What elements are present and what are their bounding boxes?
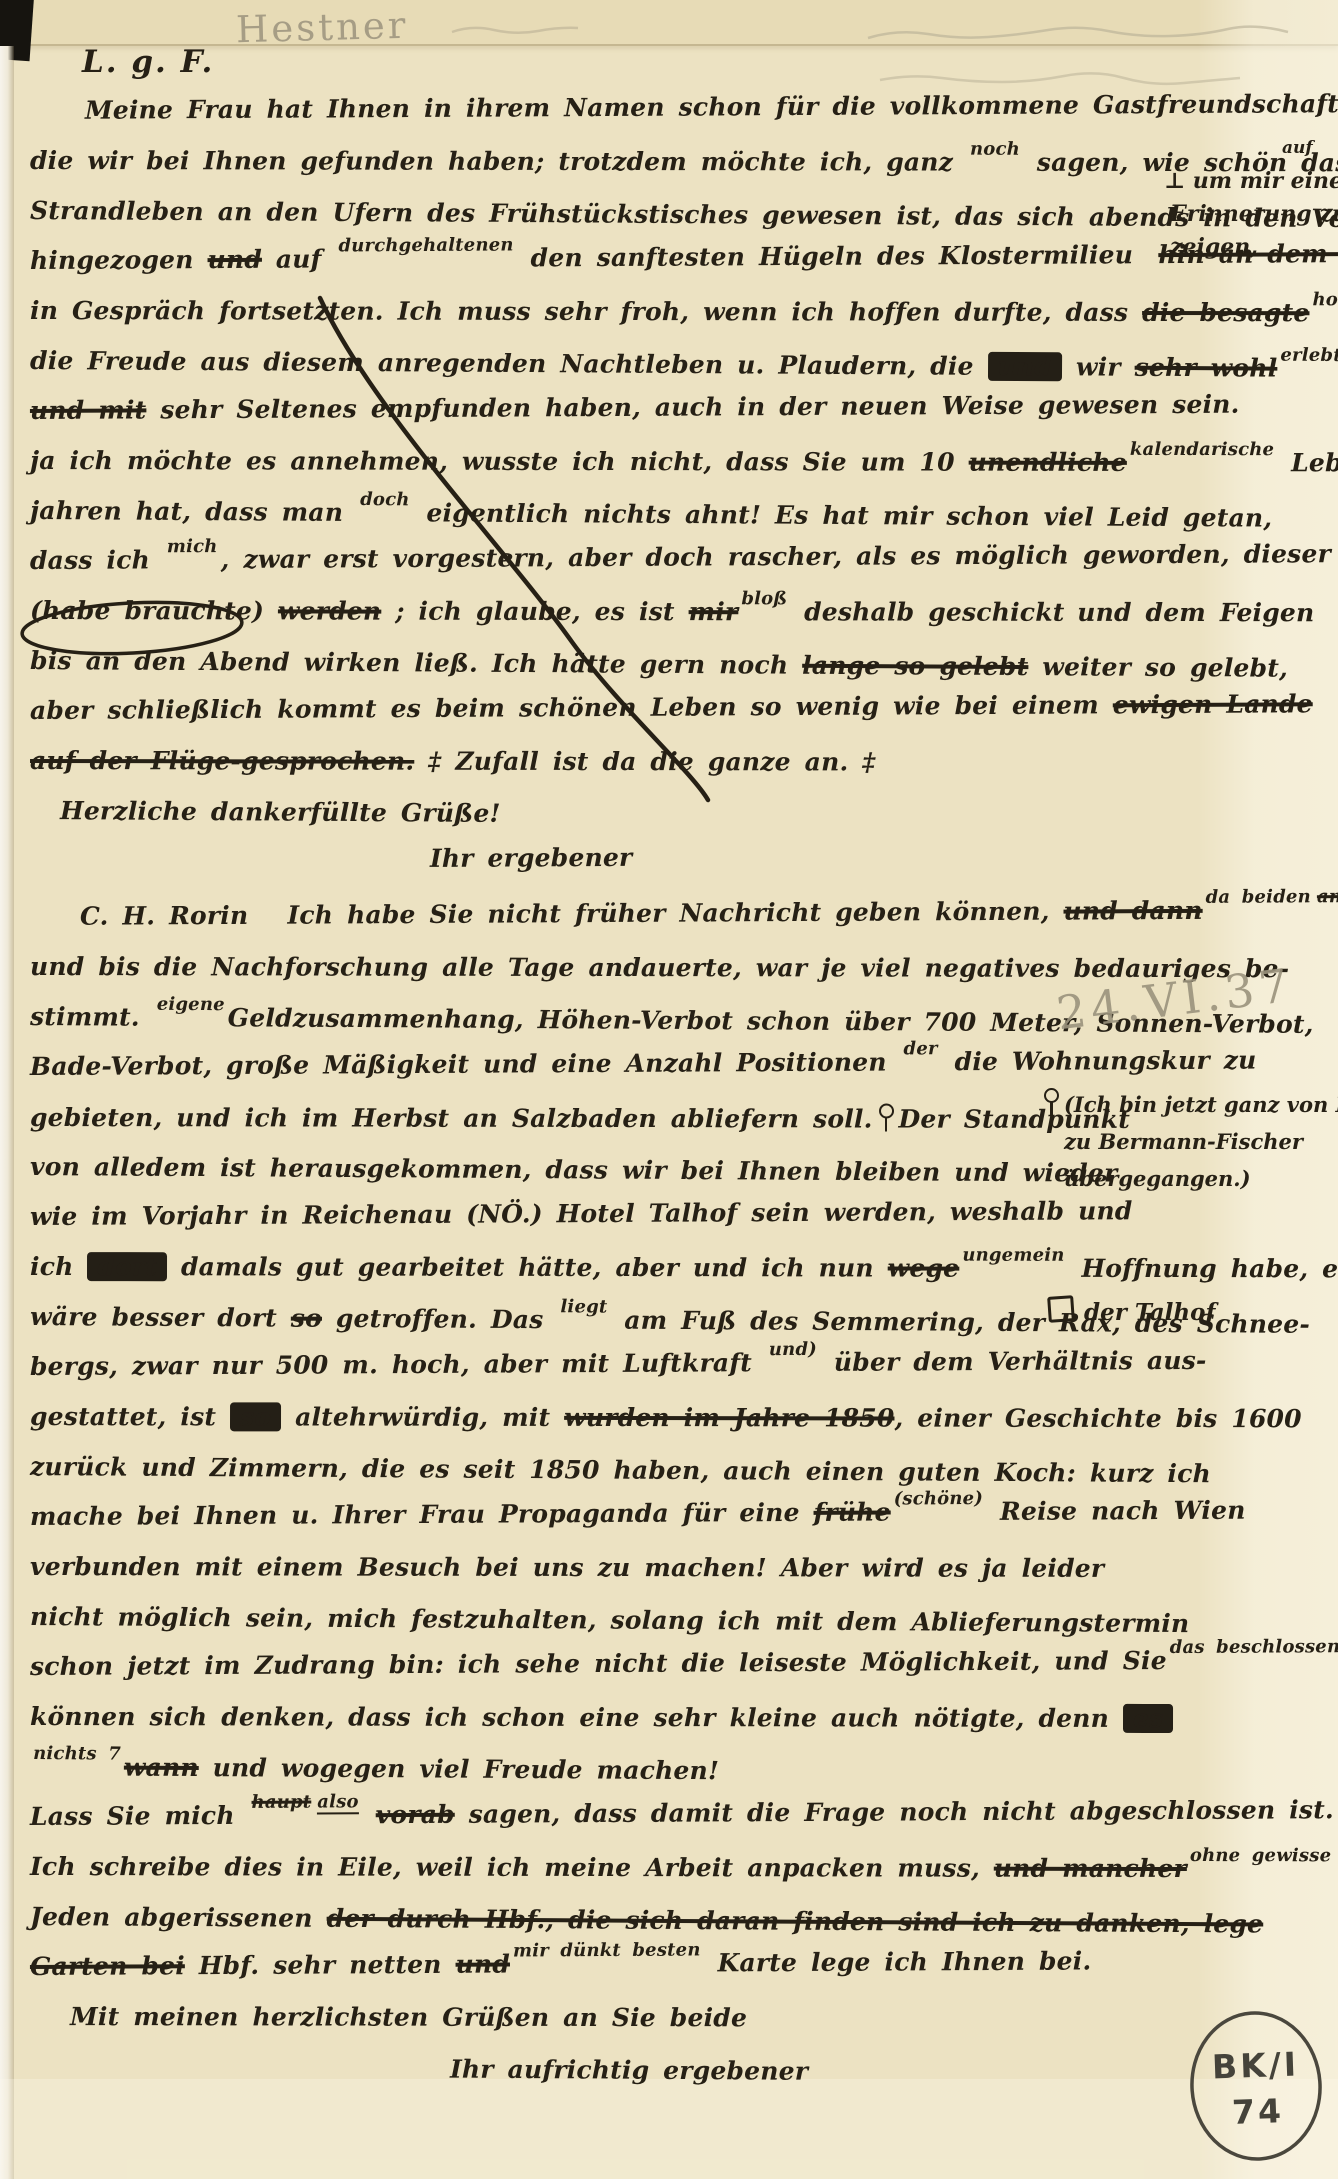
talhof-note-text: der Talhof	[1084, 1299, 1215, 1326]
text-segment-sup: mich	[167, 536, 218, 557]
handwritten-line: aber schließlich kommt es beim schönen L…	[30, 689, 1325, 746]
text-segment: über dem Verhältnis aus-	[820, 1346, 1207, 1377]
text-segment	[362, 1800, 376, 1829]
text-segment: hingezogen	[30, 245, 208, 275]
text-segment-sup: das beschlossene	[1170, 1636, 1338, 1658]
handwritten-line: bergs, zwar nur 500 m. hoch, aber mit Lu…	[30, 1345, 1325, 1402]
stamp-line-2: 74	[1231, 2091, 1284, 2132]
text-segment: jahren hat, dass man	[30, 496, 357, 527]
text-segment-st: auf der Flüge-gesprochen.	[30, 746, 414, 776]
handwritten-line: dass ich mich, zwar erst vorgestern, abe…	[30, 539, 1325, 596]
text-segment: Herzliche dankerfüllte Grüße!	[60, 796, 501, 828]
paper-top-edge	[0, 0, 1338, 46]
text-segment-sup: da beiden	[1206, 886, 1311, 908]
text-segment: sagen, dass damit die Frage noch nicht a…	[455, 1795, 1334, 1829]
handwritten-line: Ihr ergebener	[30, 839, 1325, 896]
text-segment-st: und	[455, 1949, 510, 1978]
publisher-note-line-3: übergegangen.)	[1038, 1160, 1338, 1197]
text-segment: sehr Seltenes empfunden haben, auch in d…	[146, 390, 1239, 425]
handwritten-line: verbunden mit einem Besuch bei uns zu ma…	[30, 1552, 1325, 1604]
text-segment-sup: und)	[769, 1339, 817, 1360]
text-segment: auf	[262, 244, 336, 273]
text-segment-st: und	[207, 245, 262, 274]
talhof-margin-note: der Talhof	[1048, 1296, 1215, 1326]
text-segment-st: wann	[124, 1753, 199, 1782]
handwritten-line: mache bei Ihnen u. Ihrer Frau Propaganda…	[30, 1495, 1325, 1552]
text-segment: Hbf. sehr netten	[185, 1950, 456, 1980]
text-segment: die Freude aus diesem anregenden Nachtle…	[30, 346, 988, 381]
text-segment: ich	[30, 1252, 87, 1281]
handwritten-line: hingezogen und auf durchgehaltenen den s…	[30, 239, 1325, 296]
text-segment: den sanftesten Hügeln des Klostermilieu	[517, 240, 1159, 272]
text-segment: altehrwürdig, mit	[281, 1402, 564, 1431]
text-segment: wäre besser dort	[30, 1302, 291, 1333]
text-segment-st: werden	[278, 596, 381, 625]
text-segment: und wogegen viel Freude machen!	[199, 1753, 720, 1785]
text-segment-st: die besagte	[1142, 298, 1309, 327]
text-segment: (habe brauchte)	[30, 596, 278, 625]
text-segment-st: lange so gelebt	[802, 651, 1028, 681]
text-segment: wir	[1062, 352, 1135, 381]
text-segment-sup: der	[903, 1038, 937, 1059]
text-segment: bis an den Abend wirken ließ. Ich hätte …	[30, 646, 802, 680]
text-segment: , einer Geschichte bis 1600	[894, 1404, 1301, 1434]
text-segment-blot: und	[988, 352, 1063, 381]
text-segment-sup: doch	[360, 489, 410, 510]
text-segment: deshalb geschickt und dem Feigen	[790, 597, 1314, 627]
text-segment: und bis die Nachforschung alle Tage anda…	[30, 952, 1289, 983]
salutation: L. g. F.	[82, 44, 214, 80]
text-segment-st: und mit	[30, 395, 147, 425]
margin-insert-line-1: ⊥ um mir einen	[1164, 165, 1338, 198]
text-segment-sup-ul: also	[317, 1791, 359, 1814]
text-segment-sup: erlebt	[1280, 345, 1338, 366]
handwritten-line: Ich schreibe dies in Eile, weil ich mein…	[30, 1852, 1325, 1904]
text-segment-st: mir	[689, 597, 739, 626]
handwritten-line: Meine Frau hat Ihnen in ihrem Namen scho…	[30, 89, 1325, 146]
handwritten-line: gestattet, ist so altehrwürdig, mit wurd…	[30, 1402, 1325, 1454]
text-segment: die Wohnungskur zu	[941, 1046, 1257, 1077]
text-segment-st: vorab	[376, 1800, 455, 1829]
text-segment-st: und mancher	[994, 1854, 1187, 1883]
text-segment: gebieten, und ich im Herbst an Salzbaden…	[30, 1103, 873, 1133]
text-segment: gestattet, ist	[30, 1402, 230, 1431]
text-segment-st: ewigen Lande	[1113, 689, 1313, 719]
text-segment: weiter so gelebt,	[1028, 652, 1288, 683]
text-segment-st: frühe	[813, 1497, 890, 1526]
handwritten-line: Garten bei Hbf. sehr netten undmir dünkt…	[30, 1945, 1325, 2002]
handwritten-line: Ihr aufrichtig ergebener	[30, 2052, 1325, 2110]
text-segment-st: wege	[888, 1253, 960, 1282]
square-mark-icon	[1047, 1295, 1075, 1323]
text-segment: Ihr ergebener	[430, 843, 633, 873]
text-segment-st: und dann	[1063, 896, 1202, 926]
text-segment-sup: liegt	[560, 1296, 607, 1317]
handwritten-line: und mit sehr Seltenes empfunden haben, a…	[30, 389, 1325, 446]
text-segment: getroffen. Das	[322, 1304, 558, 1334]
text-segment: Jeden abgerissenen	[30, 1902, 327, 1933]
text-segment-sup: (schöne)	[894, 1488, 983, 1509]
handwritten-line: C. H. Rorin Ich habe Sie nicht früher Na…	[30, 895, 1325, 952]
text-segment: zurück und Zimmern, die es seit 1850 hab…	[30, 1452, 1211, 1488]
text-segment: Karte lege ich Ihnen bei.	[704, 1946, 1092, 1977]
handwritten-line: ja ich möchte es annehmen, wusste ich ni…	[30, 446, 1325, 498]
text-segment: schon jetzt im Zudrang bin: ich sehe nic…	[30, 1646, 1167, 1681]
publisher-margin-note: (Ich bin jetzt ganz von Rowohlt zu Berma…	[1038, 1086, 1338, 1197]
text-segment: Reise nach Wien	[986, 1496, 1246, 1526]
text-segment-sup-st: haupt	[251, 1792, 311, 1813]
pencil-heading: Hestner	[235, 4, 409, 51]
text-segment: Ich schreibe dies in Eile, weil ich mein…	[30, 1852, 994, 1883]
publisher-note-text-1: (Ich bin jetzt ganz von Rowohlt	[1064, 1092, 1338, 1117]
text-segment-sup: ohne gewisse	[1190, 1845, 1331, 1866]
text-segment-st: unendliche	[969, 448, 1127, 477]
text-segment-sup: mir dünkt besten	[513, 1939, 701, 1961]
text-segment: Lass Sie mich	[30, 1801, 249, 1831]
text-segment: ja ich möchte es annehmen, wusste ich ni…	[30, 446, 969, 477]
text-segment-sup: bloß	[741, 588, 787, 609]
handwritten-line: können sich denken, dass ich schon eine …	[30, 1702, 1325, 1754]
publisher-note-line-1: (Ich bin jetzt ganz von Rowohlt	[1038, 1086, 1338, 1123]
text-segment: stimmt.	[30, 1002, 154, 1032]
text-segment: Ihr aufrichtig ergebener	[450, 2055, 808, 2086]
torn-left-edge	[0, 46, 14, 2179]
margin-insert-sup: auf	[1164, 132, 1338, 165]
text-segment-sup: ungemein	[962, 1245, 1064, 1266]
text-segment: verbunden mit einem Besuch bei uns zu ma…	[30, 1552, 1104, 1583]
handwritten-line: (habe brauchte) werden ; ich glaube, es …	[30, 596, 1325, 648]
text-segment: eigentlich nichts ahnt! Es hat mir schon…	[412, 498, 1272, 532]
text-segment: Strandleben an den Ufern des Frühstückst…	[30, 196, 1338, 234]
text-segment: ; ich glaube, es ist	[381, 597, 688, 627]
text-segment: wie im Vorjahr in Reichenau (NÖ.) Hotel …	[30, 1196, 1133, 1231]
publisher-note-line-2: zu Bermann-Fischer	[1038, 1123, 1338, 1160]
text-segment: die wir bei Ihnen gefunden haben; trotzd…	[30, 146, 967, 177]
text-segment-st: der durch Hbf., die sich daran finden si…	[327, 1904, 1264, 1939]
text-segment: damals gut gearbeitet hätte, aber und ic…	[167, 1252, 888, 1282]
text-segment-pin	[879, 1103, 893, 1133]
margin-insert-line-3: zeigen,	[1164, 231, 1338, 264]
handwritten-line: Lass Sie mich hauptalso vorab sagen, das…	[30, 1795, 1325, 1852]
text-segment-sup: durchgehaltenen	[338, 234, 513, 256]
handwritten-line: in Gespräch fortsetzten. Ich muss sehr f…	[30, 296, 1325, 348]
text-segment: in Gespräch fortsetzten. Ich muss sehr f…	[30, 296, 1142, 327]
text-segment-st: wurden im Jahre 1850	[564, 1403, 894, 1433]
text-segment: Bade-Verbot, große Mäßigkeit und eine An…	[30, 1047, 901, 1081]
margin-insert-note: auf ⊥ um mir einen Erinnerung zu zeigen,	[1164, 132, 1338, 264]
text-segment-st: sehr wohl	[1135, 353, 1278, 383]
text-segment: dass ich	[30, 545, 164, 575]
paragraph-1: Meine Frau hat Ihnen in ihrem Namen scho…	[30, 96, 1325, 896]
text-segment: Hoffnung habe, es	[1068, 1254, 1338, 1283]
text-segment-st: so	[291, 1304, 322, 1333]
text-segment: C. H. Rorin Ich habe Sie nicht früher Na…	[80, 897, 1064, 931]
text-segment-sup: eigene	[157, 994, 225, 1015]
text-segment: aber schließlich kommt es beim schönen L…	[30, 690, 1113, 725]
text-segment-blot: so	[230, 1402, 281, 1431]
text-segment: , zwar erst vorgestern, aber doch rasche…	[221, 538, 1338, 574]
pin-mark-icon	[1044, 1088, 1058, 1118]
text-segment-sup-st: an mir	[1317, 886, 1338, 907]
text-segment: Mit meinen herzlichsten Grüßen an Sie be…	[70, 2002, 747, 2032]
text-segment-sup: nichts 7	[33, 1743, 121, 1765]
letter-scan: Hestner L. g. F. Meine Frau hat Ihnen in…	[0, 0, 1338, 2179]
text-segment-st: Garten bei	[30, 1951, 185, 1981]
text-segment-sup: kalendarische	[1130, 439, 1274, 460]
text-segment: mache bei Ihnen u. Ihrer Frau Propaganda…	[30, 1498, 814, 1531]
margin-insert-line-2: Erinnerung zu	[1164, 198, 1338, 231]
text-segment-blot: dort	[87, 1252, 167, 1281]
text-segment: Lebens-	[1277, 448, 1338, 477]
handwritten-line: schon jetzt im Zudrang bin: ich sehe nic…	[30, 1645, 1325, 1702]
paragraph-2: C. H. Rorin Ich habe Sie nicht früher Na…	[30, 902, 1325, 2102]
text-segment: bergs, zwar nur 500 m. hoch, aber mit Lu…	[30, 1348, 766, 1381]
text-segment-sup: noch	[970, 139, 1020, 160]
handwritten-line: wie im Vorjahr in Reichenau (NÖ.) Hotel …	[30, 1195, 1325, 1252]
stamp-line-1: BK/I	[1211, 2044, 1299, 2086]
handwritten-line: die wir bei Ihnen gefunden haben; trotzd…	[30, 146, 1325, 198]
handwritten-line: Mit meinen herzlichsten Grüßen an Sie be…	[30, 2002, 1325, 2054]
text-segment: von alledem ist herausgekommen, dass wir…	[30, 1152, 1118, 1188]
text-segment: Meine Frau hat Ihnen in ihrem Namen scho…	[85, 88, 1338, 124]
text-segment-sup: hohe	[1312, 289, 1338, 310]
text-segment-blot: es	[1123, 1704, 1173, 1733]
text-segment: können sich denken, dass ich schon eine …	[30, 1702, 1123, 1733]
text-segment: nicht möglich sein, mich festzuhalten, s…	[30, 1602, 1189, 1638]
text-segment: ‡ Zufall ist da die ganze an. ‡	[414, 747, 875, 777]
handwritten-line: auf der Flüge-gesprochen. ‡ Zufall ist d…	[30, 746, 1325, 798]
bleedthrough-marks-2	[880, 73, 1240, 83]
